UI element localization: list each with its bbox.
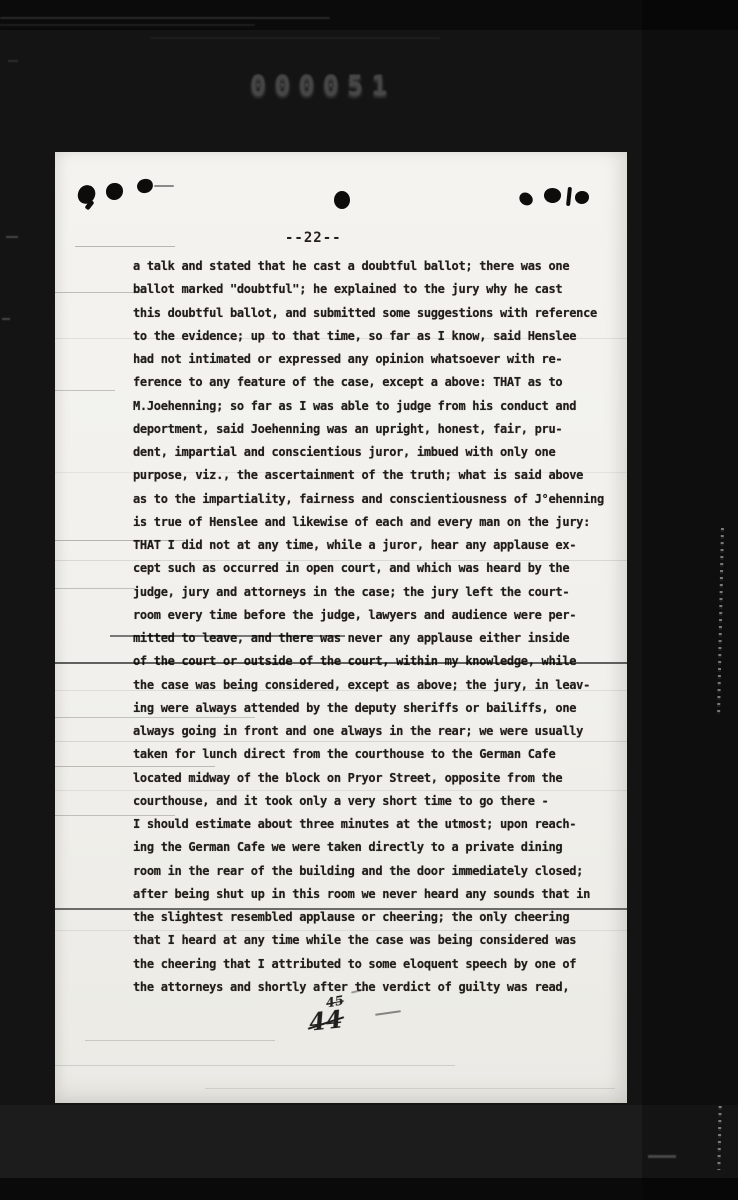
film-speck [648, 1155, 676, 1158]
document-line: dent, impartial and conscientious juror,… [133, 441, 633, 464]
film-bottom-band [0, 1105, 738, 1178]
document-line: mitted to leave, and there was never any… [133, 627, 633, 650]
document-line: ing the German Cafe we were taken direct… [133, 836, 633, 859]
document-line: the cheering that I attributed to some e… [133, 953, 633, 976]
ink-blot [154, 185, 174, 187]
film-speck [6, 236, 18, 238]
ink-blot [136, 177, 155, 194]
frame-counter: 000051 [250, 70, 396, 101]
scan-streak [55, 741, 627, 742]
scan-streak [55, 390, 115, 391]
scan-streak [55, 588, 135, 589]
film-scratch [0, 17, 330, 19]
punch-hole-dot [334, 191, 350, 209]
page-number: --22-- [285, 230, 342, 246]
ink-blot [106, 183, 123, 200]
scan-streak [55, 690, 627, 691]
scan-streak [55, 560, 627, 561]
document-line: room in the rear of the building and the… [133, 860, 633, 883]
document-line: courthouse, and it took only a very shor… [133, 790, 633, 813]
scan-streak [55, 472, 627, 473]
film-speck [2, 318, 10, 320]
scan-streak [55, 930, 627, 931]
document-line: always going in front and one always in … [133, 720, 633, 743]
scan-streak [110, 635, 345, 637]
scan-streak [55, 540, 185, 541]
document-line: purpose, viz., the ascertainment of the … [133, 464, 633, 487]
scan-streak [55, 908, 627, 910]
ink-blot [517, 190, 535, 208]
pencil-dash [375, 1010, 401, 1016]
document-line: the attorneys and shortly after the verd… [133, 976, 633, 999]
scan-streak [55, 790, 627, 791]
document-line: as to the impartiality, fairness and con… [133, 488, 633, 511]
film-scratch [150, 37, 440, 39]
ink-blot [575, 191, 589, 204]
handwritten-mark-2: 44 [308, 1004, 344, 1036]
ink-blot [566, 187, 572, 206]
document-line: to the evidence; up to that time, so far… [133, 325, 633, 348]
microfilm-frame: 000051 --22-- a talk and stated that he … [0, 0, 738, 1200]
scan-streak [55, 815, 175, 816]
film-right-strip [642, 0, 738, 1200]
document-line: that I heard at any time while the case … [133, 929, 633, 952]
film-scratch [0, 24, 255, 26]
scan-streak [75, 246, 175, 247]
document-line: located midway of the block on Pryor Str… [133, 767, 633, 790]
document-line: the case was being considered, except as… [133, 674, 633, 697]
document-line: is true of Henslee and likewise of each … [133, 511, 633, 534]
scan-streak [205, 1088, 615, 1089]
scan-streak [55, 662, 627, 664]
scan-streak [55, 1065, 455, 1066]
film-bottom-edge [0, 1178, 738, 1200]
document-line: I should estimate about three minutes at… [133, 813, 633, 836]
document-line: M.Joehenning; so far as I was able to ju… [133, 395, 633, 418]
document-line: room every time before the judge, lawyer… [133, 604, 633, 627]
document-line: ference to any feature of the case, exce… [133, 371, 633, 394]
document-line: THAT I did not at any time, while a juro… [133, 534, 633, 557]
scan-streak [55, 292, 145, 293]
document-line: taken for lunch direct from the courthou… [133, 743, 633, 766]
scan-streak [55, 338, 627, 339]
document-line: a talk and stated that he cast a doubtfu… [133, 255, 633, 278]
document-line: judge, jury and attorneys in the case; t… [133, 581, 633, 604]
document-page: --22-- a talk and stated that he cast a … [55, 152, 627, 1103]
document-line: after being shut up in this room we neve… [133, 883, 633, 906]
document-line: deportment, said Joehenning was an uprig… [133, 418, 633, 441]
document-line: ballot marked "doubtful"; he explained t… [133, 278, 633, 301]
ink-blot [543, 187, 562, 205]
document-line: had not intimated or expressed any opini… [133, 348, 633, 371]
document-line: this doubtful ballot, and submitted some… [133, 302, 633, 325]
scan-streak [55, 766, 215, 767]
film-speck [8, 60, 18, 62]
scan-streak [85, 1040, 275, 1041]
scan-streak [55, 717, 255, 718]
typewritten-text: a talk and stated that he cast a doubtfu… [133, 255, 633, 999]
